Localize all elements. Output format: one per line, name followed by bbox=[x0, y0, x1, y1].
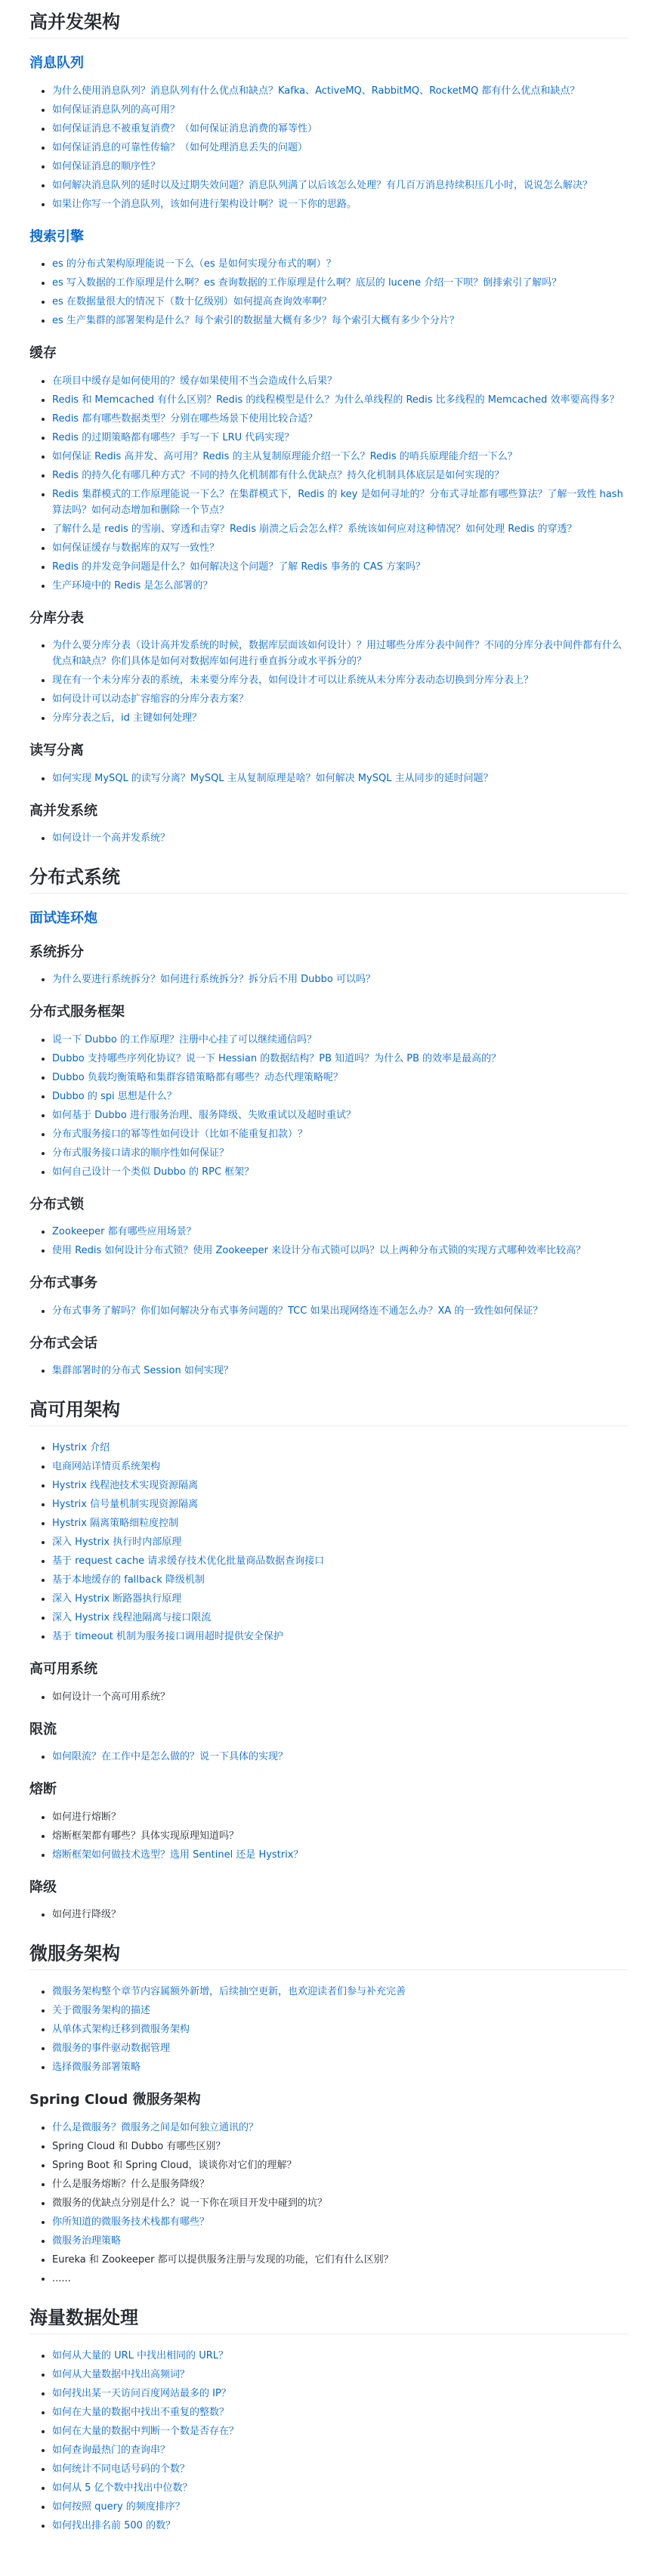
list-item[interactable]: 使用 Redis 如何设计分布式锁？使用 Zookeeper 来设计分布式锁可以… bbox=[52, 1243, 628, 1259]
list-item[interactable]: 如何从大量数据中找出高频词？ bbox=[52, 2367, 628, 2383]
circuit-text-1: 熔断框架都有哪些？具体实现原理知道吗？ bbox=[52, 1830, 239, 1842]
list-item[interactable]: 关于微服务架构的描述 bbox=[52, 2003, 628, 2018]
list-item[interactable]: 深入 Hystrix 线程池隔离与接口限流 bbox=[52, 1610, 628, 1626]
tx-link-0[interactable]: 分布式事务了解吗？你们如何解决分布式事务问题的？TCC 如果出现网络连不通怎么办… bbox=[52, 1305, 542, 1317]
ha-link-10[interactable]: 基于 timeout 机制为服务接口调用超时提供安全保护 bbox=[52, 1631, 283, 1642]
heading-circuit-breaker: 熔断 bbox=[29, 1781, 628, 1799]
rw-split-list: 如何实现 MySQL 的读写分离？MySQL 主从复制原理是啥？如何解决 MyS… bbox=[29, 771, 628, 786]
list-item[interactable]: es 在数据量很大的情况下（数十亿级别）如何提高查询效率啊？ bbox=[52, 294, 628, 310]
list-item[interactable]: Zookeeper 都有哪些应用场景？ bbox=[52, 1224, 628, 1240]
list-item: 如何设计一个高可用系统？ bbox=[52, 1689, 628, 1705]
document: 高并发架构 消息队列 为什么使用消息队列？消息队列有什么优点和缺点？Kafka、… bbox=[0, 0, 658, 2576]
list-item[interactable]: 如何保证缓存与数据库的双写一致性？ bbox=[52, 540, 628, 556]
list-item[interactable]: Dubbo 支持哪些序列化协议？说一下 Hessian 的数据结构？PB 知道吗… bbox=[52, 1051, 628, 1067]
list-item: 熔断框架都有哪些？具体实现原理知道吗？ bbox=[52, 1828, 628, 1844]
list-item[interactable]: 了解什么是 redis 的雪崩、穿透和击穿？Redis 崩溃之后会怎么样？系统该… bbox=[52, 521, 628, 537]
list-item[interactable]: Redis 集群模式的工作原理能说一下么？在集群模式下，Redis 的 key … bbox=[52, 486, 628, 518]
sc-text-8: ...... bbox=[52, 2273, 71, 2284]
list-item[interactable]: 如何基于 Dubbo 进行服务治理、服务降级、失败重试以及超时重试？ bbox=[52, 1107, 628, 1123]
list-item[interactable]: 如何解决消息队列的延时以及过期失效问题？消息队列满了以后该怎么处理？有几百万消息… bbox=[52, 178, 628, 193]
list-item: 什么是服务熔断？什么是服务降级？ bbox=[52, 2176, 628, 2192]
cache-link-2[interactable]: Redis 都有哪些数据类型？分别在哪些场景下使用比较合适？ bbox=[52, 413, 317, 425]
rpc-link-4[interactable]: 如何基于 Dubbo 进行服务治理、服务降级、失败重试以及超时重试？ bbox=[52, 1110, 356, 1121]
sc-text-1: Spring Cloud 和 Dubbo 有哪些区别？ bbox=[52, 2141, 225, 2152]
heading-rw-split: 读写分离 bbox=[29, 743, 628, 760]
heading-cache: 缓存 bbox=[29, 345, 628, 363]
rpc-link-6[interactable]: 分布式服务接口请求的顺序性如何保证？ bbox=[52, 1147, 229, 1159]
ha-system-list: 如何设计一个高可用系统？ bbox=[29, 1689, 628, 1705]
circuit-text-0: 如何进行熔断？ bbox=[52, 1812, 121, 1823]
hc-system-link-0[interactable]: 如何设计一个高并发系统？ bbox=[52, 832, 170, 844]
lock-link-0[interactable]: Zookeeper 都有哪些应用场景？ bbox=[52, 1226, 196, 1237]
heading-rpc-framework: 分布式服务框架 bbox=[29, 1004, 628, 1021]
mq-link-2[interactable]: 如何保证消息不被重复消费？（如何保证消息消费的幂等性） bbox=[52, 123, 317, 134]
tx-list: 分布式事务了解吗？你们如何解决分布式事务问题的？TCC 如果出现网络连不通怎么办… bbox=[29, 1303, 628, 1319]
list-item[interactable]: 说一下 Dubbo 的工作原理？注册中心挂了可以继续通信吗？ bbox=[52, 1032, 628, 1048]
list-item: ...... bbox=[52, 2271, 628, 2287]
list-item[interactable]: 微服务的事件驱动数据管理 bbox=[52, 2040, 628, 2056]
list-item[interactable]: 选择微服务部署策略 bbox=[52, 2059, 628, 2075]
rpc-list: 说一下 Dubbo 的工作原理？注册中心挂了可以继续通信吗？ Dubbo 支持哪… bbox=[29, 1032, 628, 1180]
search-list: es 的分布式架构原理能说一下么（es 是如何实现分布式的啊）？ es 写入数据… bbox=[29, 256, 628, 329]
sc-link-0[interactable]: 什么是微服务？微服务之间是如何独立通讯的？ bbox=[52, 2122, 258, 2133]
list-item: Eureka 和 Zookeeper 都可以提供服务注册与发现的功能，它们有什么… bbox=[52, 2252, 628, 2268]
mq-link-0[interactable]: 为什么使用消息队列？消息队列有什么优点和缺点？Kafka、ActiveMQ、Ra… bbox=[52, 85, 579, 97]
sharding-link-2[interactable]: 如何设计可以动态扩容缩容的分库分表方案？ bbox=[52, 693, 249, 705]
list-item[interactable]: 如何找出排名前 500 的数？ bbox=[52, 2518, 628, 2534]
rpc-link-1[interactable]: Dubbo 支持哪些序列化协议？说一下 Hessian 的数据结构？PB 知道吗… bbox=[52, 1053, 501, 1064]
list-item[interactable]: 深入 Hystrix 断路器执行原理 bbox=[52, 1591, 628, 1607]
ms-link-0[interactable]: 微服务架构整个章节内容属额外新增，后续抽空更新，也欢迎读者们参与补充完善 bbox=[52, 1986, 406, 1997]
list-item[interactable]: 如何查询最热门的查询串？ bbox=[52, 2442, 628, 2458]
search-link-1[interactable]: es 写入数据的工作原理是什么啊？es 查询数据的工作原理是什么啊？底层的 lu… bbox=[52, 277, 561, 289]
ms-link-1[interactable]: 关于微服务架构的描述 bbox=[52, 2005, 150, 2016]
heading-distributed-session: 分布式会话 bbox=[29, 1336, 628, 1353]
heading-sharding: 分库分表 bbox=[29, 610, 628, 628]
session-list: 集群部署时的分布式 Session 如何实现？ bbox=[29, 1363, 628, 1379]
ms-link-3[interactable]: 微服务的事件驱动数据管理 bbox=[52, 2043, 170, 2054]
ha-link-9[interactable]: 深入 Hystrix 线程池隔离与接口限流 bbox=[52, 1612, 211, 1623]
list-item[interactable]: Hystrix 隔离策略细粒度控制 bbox=[52, 1515, 628, 1531]
session-link-0[interactable]: 集群部署时的分布式 Session 如何实现？ bbox=[52, 1365, 233, 1376]
list-item[interactable]: 如何保证消息的可靠性传输？（如何处理消息丢失的问题） bbox=[52, 140, 628, 156]
split-list: 为什么要进行系统拆分？如何进行系统拆分？拆分后不用 Dubbo 可以吗？ bbox=[29, 971, 628, 987]
bd-link-0[interactable]: 如何从大量的 URL 中找出相同的 URL？ bbox=[52, 2350, 228, 2361]
list-item[interactable]: 如何保证 Redis 高并发、高可用？Redis 的主从复制原理能介绍一下么？R… bbox=[52, 449, 628, 465]
ha-list: Hystrix 介绍 电商网站详情页系统架构 Hystrix 线程池技术实现资源… bbox=[29, 1440, 628, 1645]
list-item[interactable]: 分库分表之后，id 主键如何处理？ bbox=[52, 710, 628, 726]
list-item[interactable]: Redis 的过期策略都有哪些？手写一下 LRU 代码实现？ bbox=[52, 430, 628, 446]
list-item: 微服务的优缺点分别是什么？说一下你在项目开发中碰到的坑？ bbox=[52, 2195, 628, 2211]
ha-link-3[interactable]: Hystrix 信号量机制实现资源隔离 bbox=[52, 1499, 198, 1510]
rpc-link-3[interactable]: Dubbo 的 spi 思想是什么？ bbox=[52, 1091, 177, 1102]
list-item[interactable]: 如何限流？在工作中是怎么做的？说一下具体的实现？ bbox=[52, 1749, 628, 1765]
sc-text-4: 微服务的优缺点分别是什么？说一下你在项目开发中碰到的坑？ bbox=[52, 2198, 327, 2209]
list-item[interactable]: 如何保证消息不被重复消费？（如何保证消息消费的幂等性） bbox=[52, 121, 628, 137]
sharding-link-1[interactable]: 现在有一个未分库分表的系统，未来要分库分表，如何设计才可以让系统从未分库分表动态… bbox=[52, 675, 533, 686]
ms-link-4[interactable]: 选择微服务部署策略 bbox=[52, 2062, 141, 2073]
list-item[interactable]: 集群部署时的分布式 Session 如何实现？ bbox=[52, 1363, 628, 1379]
list-item[interactable]: 现在有一个未分库分表的系统，未来要分库分表，如何设计才可以让系统从未分库分表动态… bbox=[52, 672, 628, 688]
list-item: 如何进行熔断？ bbox=[52, 1809, 628, 1825]
heading-distributed-lock: 分布式锁 bbox=[29, 1197, 628, 1214]
list-item[interactable]: 基于 request cache 请求缓存技术优化批量商品数据查询接口 bbox=[52, 1553, 628, 1569]
cache-link-7[interactable]: 了解什么是 redis 的雪崩、穿透和击穿？Redis 崩溃之后会怎么样？系统该… bbox=[52, 524, 577, 535]
cache-link-4[interactable]: 如何保证 Redis 高并发、高可用？Redis 的主从复制原理能介绍一下么？R… bbox=[52, 451, 517, 462]
sharding-list: 为什么要分库分表（设计高并发系统的时候，数据库层面该如何设计）？用过哪些分库分表… bbox=[29, 638, 628, 726]
heading-degrade: 降级 bbox=[29, 1879, 628, 1897]
ms-link-2[interactable]: 从单体式架构迁移到微服务架构 bbox=[52, 2024, 190, 2035]
heading-interview-chain[interactable]: 面试连环炮 bbox=[29, 910, 628, 928]
list-item[interactable]: 如何保证消息的顺序性？ bbox=[52, 159, 628, 175]
sharding-link-0[interactable]: 为什么要分库分表（设计高并发系统的时候，数据库层面该如何设计）？用过哪些分库分表… bbox=[52, 640, 622, 667]
search-link-0[interactable]: es 的分布式架构原理能说一下么（es 是如何实现分布式的啊）？ bbox=[52, 258, 336, 270]
heading-message-queue[interactable]: 消息队列 bbox=[29, 55, 628, 73]
list-item[interactable]: 如果让你写一个消息队列，该如何进行架构设计啊？说一下你的思路。 bbox=[52, 196, 628, 212]
list-item[interactable]: 如何自己设计一个类似 Dubbo 的 RPC 框架？ bbox=[52, 1164, 628, 1180]
rw-split-link-0[interactable]: 如何实现 MySQL 的读写分离？MySQL 主从复制原理是啥？如何解决 MyS… bbox=[52, 773, 493, 784]
sc-link-6[interactable]: 微服务治理策略 bbox=[52, 2235, 121, 2247]
bd-link-7[interactable]: 如何从 5 亿个数中找出中位数？ bbox=[52, 2482, 193, 2494]
list-item[interactable]: 基于本地缓存的 fallback 降级机制 bbox=[52, 1572, 628, 1588]
list-item[interactable]: 如何实现 MySQL 的读写分离？MySQL 主从复制原理是啥？如何解决 MyS… bbox=[52, 771, 628, 786]
ha-link-8[interactable]: 深入 Hystrix 断路器执行原理 bbox=[52, 1593, 181, 1605]
search-link-3[interactable]: es 生产集群的部署架构是什么？每个索引的数据量大概有多少？每个索引大概有多少个… bbox=[52, 315, 459, 326]
search-link-2[interactable]: es 在数据量很大的情况下（数十亿级别）如何提高查询效率啊？ bbox=[52, 296, 332, 307]
ha-link-5[interactable]: 深入 Hystrix 执行时内部原理 bbox=[52, 1537, 181, 1548]
heading-high-concurrency: 高并发架构 bbox=[29, 11, 628, 39]
mq-list: 为什么使用消息队列？消息队列有什么优点和缺点？Kafka、ActiveMQ、Ra… bbox=[29, 83, 628, 212]
degrade-list: 如何进行降级？ bbox=[29, 1907, 628, 1923]
list-item[interactable]: Redis 的持久化有哪几种方式？不同的持久化机制都有什么优缺点？持久化机制具体… bbox=[52, 468, 628, 483]
list-item[interactable]: 如何从大量的 URL 中找出相同的 URL？ bbox=[52, 2348, 628, 2364]
circuit-link-2[interactable]: 熔断框架如何做技术选型？选用 Sentinel 还是 Hystrix？ bbox=[52, 1849, 303, 1861]
list-item[interactable]: 如何在大量的数据中找出不重复的整数？ bbox=[52, 2405, 628, 2420]
rate-limit-list: 如何限流？在工作中是怎么做的？说一下具体的实现？ bbox=[29, 1749, 628, 1765]
big-data-list: 如何从大量的 URL 中找出相同的 URL？ 如何从大量数据中找出高频词？ 如何… bbox=[29, 2348, 628, 2534]
heading-search-engine[interactable]: 搜索引擎 bbox=[29, 229, 628, 246]
list-item[interactable]: 深入 Hystrix 执行时内部原理 bbox=[52, 1534, 628, 1550]
list-item[interactable]: Hystrix 线程池技术实现资源隔离 bbox=[52, 1478, 628, 1493]
rpc-link-2[interactable]: Dubbo 负载均衡策略和集群容错策略都有哪些？动态代理策略呢？ bbox=[52, 1072, 343, 1083]
list-item[interactable]: Dubbo 的 spi 思想是什么？ bbox=[52, 1089, 628, 1104]
list-item[interactable]: 微服务架构整个章节内容属额外新增，后续抽空更新，也欢迎读者们参与补充完善 bbox=[52, 1984, 628, 2000]
ha-link-4[interactable]: Hystrix 隔离策略细粒度控制 bbox=[52, 1518, 178, 1529]
list-item[interactable]: Dubbo 负载均衡策略和集群容错策略都有哪些？动态代理策略呢？ bbox=[52, 1070, 628, 1086]
sc-text-2: Spring Boot 和 Spring Cloud，谈谈你对它们的理解？ bbox=[52, 2160, 297, 2171]
cache-link-5[interactable]: Redis 的持久化有哪几种方式？不同的持久化机制都有什么优缺点？持久化机制具体… bbox=[52, 470, 504, 481]
list-item[interactable]: 为什么要进行系统拆分？如何进行系统拆分？拆分后不用 Dubbo 可以吗？ bbox=[52, 971, 628, 987]
bd-link-3[interactable]: 如何在大量的数据中找出不重复的整数？ bbox=[52, 2407, 229, 2418]
list-item[interactable]: 如何找出某一天访问百度网站最多的 IP？ bbox=[52, 2386, 628, 2401]
list-item[interactable]: Hystrix 介绍 bbox=[52, 1440, 628, 1456]
microservice-list: 微服务架构整个章节内容属额外新增，后续抽空更新，也欢迎读者们参与补充完善 关于微… bbox=[29, 1984, 628, 2075]
split-link-0[interactable]: 为什么要进行系统拆分？如何进行系统拆分？拆分后不用 Dubbo 可以吗？ bbox=[52, 974, 375, 985]
mq-link-3[interactable]: 如何保证消息的可靠性传输？（如何处理消息丢失的问题） bbox=[52, 142, 307, 153]
bd-link-9[interactable]: 如何找出排名前 500 的数？ bbox=[52, 2520, 175, 2531]
bd-link-8[interactable]: 如何按照 query 的频度排序？ bbox=[52, 2501, 185, 2513]
list-item[interactable]: es 的分布式架构原理能说一下么（es 是如何实现分布式的啊）？ bbox=[52, 256, 628, 272]
bd-link-5[interactable]: 如何查询最热门的查询串？ bbox=[52, 2445, 170, 2456]
mq-link-5[interactable]: 如何解决消息队列的延时以及过期失效问题？消息队列满了以后该怎么处理？有几百万消息… bbox=[52, 180, 592, 191]
bd-link-4[interactable]: 如何在大量的数据中判断一个数是否存在？ bbox=[52, 2426, 239, 2437]
list-item[interactable]: 为什么要分库分表（设计高并发系统的时候，数据库层面该如何设计）？用过哪些分库分表… bbox=[52, 638, 628, 669]
list-item[interactable]: Redis 都有哪些数据类型？分别在哪些场景下使用比较合适？ bbox=[52, 411, 628, 427]
list-item[interactable]: 如何在大量的数据中判断一个数是否存在？ bbox=[52, 2423, 628, 2439]
heading-microservice: 微服务架构 bbox=[29, 1942, 628, 1970]
list-item[interactable]: 微服务治理策略 bbox=[52, 2233, 628, 2249]
sharding-link-3[interactable]: 分库分表之后，id 主键如何处理？ bbox=[52, 712, 202, 724]
cache-link-6[interactable]: Redis 集群模式的工作原理能说一下么？在集群模式下，Redis 的 key … bbox=[52, 489, 623, 516]
list-item: Spring Cloud 和 Dubbo 有哪些区别？ bbox=[52, 2139, 628, 2154]
sc-text-7: Eureka 和 Zookeeper 都可以提供服务注册与发现的功能，它们有什么… bbox=[52, 2254, 394, 2266]
cache-link-0[interactable]: 在项目中缓存是如何使用的？缓存如果使用不当会造成什么后果？ bbox=[52, 375, 337, 387]
lock-list: Zookeeper 都有哪些应用场景？ 使用 Redis 如何设计分布式锁？使用… bbox=[29, 1224, 628, 1259]
list-item[interactable]: 如何设计可以动态扩容缩容的分库分表方案？ bbox=[52, 691, 628, 707]
spring-cloud-list: 什么是微服务？微服务之间是如何独立通讯的？ Spring Cloud 和 Dub… bbox=[29, 2120, 628, 2287]
heading-system-split: 系统拆分 bbox=[29, 944, 628, 962]
circuit-list: 如何进行熔断？ 熔断框架都有哪些？具体实现原理知道吗？ 熔断框架如何做技术选型？… bbox=[29, 1809, 628, 1863]
list-item[interactable]: 熔断框架如何做技术选型？选用 Sentinel 还是 Hystrix？ bbox=[52, 1847, 628, 1863]
ha-link-0[interactable]: Hystrix 介绍 bbox=[52, 1442, 110, 1453]
ha-link-2[interactable]: Hystrix 线程池技术实现资源隔离 bbox=[52, 1480, 198, 1491]
ha-link-6[interactable]: 基于 request cache 请求缓存技术优化批量商品数据查询接口 bbox=[52, 1555, 324, 1567]
list-item[interactable]: 你所知道的微服务技术栈都有哪些？ bbox=[52, 2214, 628, 2230]
bd-link-1[interactable]: 如何从大量数据中找出高频词？ bbox=[52, 2369, 190, 2380]
cache-link-9[interactable]: Redis 的并发竞争问题是什么？如何解决这个问题？了解 Redis 事务的 C… bbox=[52, 561, 425, 573]
bd-link-6[interactable]: 如何统计不同电话号码的个数？ bbox=[52, 2463, 190, 2475]
list-item[interactable]: 如何从 5 亿个数中找出中位数？ bbox=[52, 2480, 628, 2496]
heading-distributed: 分布式系统 bbox=[29, 866, 628, 894]
ha-system-text-0: 如何设计一个高可用系统？ bbox=[52, 1691, 170, 1703]
list-item[interactable]: es 生产集群的部署架构是什么？每个索引的数据量大概有多少？每个索引大概有多少个… bbox=[52, 313, 628, 329]
heading-hc-system: 高并发系统 bbox=[29, 803, 628, 820]
mq-link-4[interactable]: 如何保证消息的顺序性？ bbox=[52, 161, 160, 172]
list-item[interactable]: es 写入数据的工作原理是什么啊？es 查询数据的工作原理是什么啊？底层的 lu… bbox=[52, 275, 628, 291]
list-item[interactable]: 电商网站详情页系统架构 bbox=[52, 1459, 628, 1475]
list-item[interactable]: 分布式事务了解吗？你们如何解决分布式事务问题的？TCC 如果出现网络连不通怎么办… bbox=[52, 1303, 628, 1319]
list-item: Spring Boot 和 Spring Cloud，谈谈你对它们的理解？ bbox=[52, 2157, 628, 2173]
list-item[interactable]: Redis 的并发竞争问题是什么？如何解决这个问题？了解 Redis 事务的 C… bbox=[52, 559, 628, 575]
heading-rate-limit: 限流 bbox=[29, 1722, 628, 1739]
cache-link-8[interactable]: 如何保证缓存与数据库的双写一致性？ bbox=[52, 542, 219, 554]
sc-text-3: 什么是服务熔断？什么是服务降级？ bbox=[52, 2179, 209, 2190]
heading-spring-cloud: Spring Cloud 微服务架构 bbox=[29, 2092, 628, 2109]
heading-ha-system: 高可用系统 bbox=[29, 1661, 628, 1679]
cache-link-1[interactable]: Redis 和 Memcached 有什么区别？Redis 的线程模型是什么？为… bbox=[52, 394, 619, 406]
list-item[interactable]: Hystrix 信号量机制实现资源隔离 bbox=[52, 1496, 628, 1512]
mq-link-6[interactable]: 如果让你写一个消息队列，该如何进行架构设计啊？说一下你的思路。 bbox=[52, 199, 357, 210]
ha-link-7[interactable]: 基于本地缓存的 fallback 降级机制 bbox=[52, 1574, 205, 1586]
list-item[interactable]: 什么是微服务？微服务之间是如何独立通讯的？ bbox=[52, 2120, 628, 2136]
hc-system-list: 如何设计一个高并发系统？ bbox=[29, 830, 628, 846]
cache-link-10[interactable]: 生产环境中的 Redis 是怎么部署的？ bbox=[52, 580, 212, 591]
ha-link-1[interactable]: 电商网站详情页系统架构 bbox=[52, 1461, 160, 1472]
list-item[interactable]: 为什么使用消息队列？消息队列有什么优点和缺点？Kafka、ActiveMQ、Ra… bbox=[52, 83, 628, 99]
list-item[interactable]: 基于 timeout 机制为服务接口调用超时提供安全保护 bbox=[52, 1629, 628, 1645]
heading-high-availability: 高可用架构 bbox=[29, 1398, 628, 1426]
sc-link-5[interactable]: 你所知道的微服务技术栈都有哪些？ bbox=[52, 2216, 209, 2228]
mq-link-1[interactable]: 如何保证消息队列的高可用？ bbox=[52, 104, 180, 116]
heading-distributed-tx: 分布式事务 bbox=[29, 1275, 628, 1293]
heading-big-data: 海量数据处理 bbox=[29, 2306, 628, 2334]
list-item[interactable]: 分布式服务接口请求的顺序性如何保证？ bbox=[52, 1145, 628, 1161]
list-item[interactable]: 生产环境中的 Redis 是怎么部署的？ bbox=[52, 578, 628, 594]
degrade-text-0: 如何进行降级？ bbox=[52, 1909, 121, 1920]
list-item[interactable]: 如何统计不同电话号码的个数？ bbox=[52, 2461, 628, 2477]
list-item[interactable]: 分布式服务接口的幂等性如何设计（比如不能重复扣款）？ bbox=[52, 1126, 628, 1142]
cache-link-3[interactable]: Redis 的过期策略都有哪些？手写一下 LRU 代码实现？ bbox=[52, 432, 294, 443]
rpc-link-0[interactable]: 说一下 Dubbo 的工作原理？注册中心挂了可以继续通信吗？ bbox=[52, 1034, 317, 1046]
rate-limit-link-0[interactable]: 如何限流？在工作中是怎么做的？说一下具体的实现？ bbox=[52, 1751, 288, 1762]
list-item[interactable]: 从单体式架构迁移到微服务架构 bbox=[52, 2022, 628, 2037]
list-item[interactable]: 如何按照 query 的频度排序？ bbox=[52, 2499, 628, 2515]
list-item[interactable]: 在项目中缓存是如何使用的？缓存如果使用不当会造成什么后果？ bbox=[52, 373, 628, 389]
list-item[interactable]: 如何保证消息队列的高可用？ bbox=[52, 102, 628, 118]
list-item[interactable]: 如何设计一个高并发系统？ bbox=[52, 830, 628, 846]
rpc-link-7[interactable]: 如何自己设计一个类似 Dubbo 的 RPC 框架？ bbox=[52, 1166, 254, 1178]
lock-link-1[interactable]: 使用 Redis 如何设计分布式锁？使用 Zookeeper 来设计分布式锁可以… bbox=[52, 1245, 585, 1256]
rpc-link-5[interactable]: 分布式服务接口的幂等性如何设计（比如不能重复扣款）？ bbox=[52, 1129, 307, 1140]
cache-list: 在项目中缓存是如何使用的？缓存如果使用不当会造成什么后果？ Redis 和 Me… bbox=[29, 373, 628, 594]
bd-link-2[interactable]: 如何找出某一天访问百度网站最多的 IP？ bbox=[52, 2388, 231, 2399]
list-item: 如何进行降级？ bbox=[52, 1907, 628, 1923]
list-item[interactable]: Redis 和 Memcached 有什么区别？Redis 的线程模型是什么？为… bbox=[52, 392, 628, 408]
